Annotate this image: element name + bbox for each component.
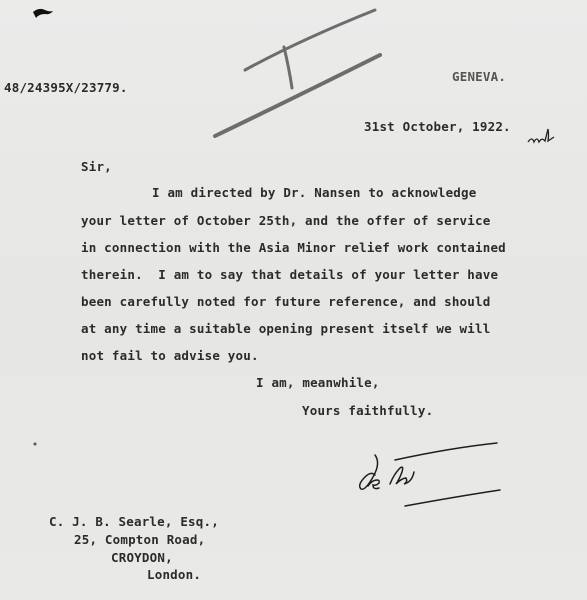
- letter-page: 48/24395X/23779. GENEVA. 31st October, 1…: [0, 0, 587, 600]
- body-line: I am directed by Dr. Nansen to acknowled…: [152, 185, 476, 200]
- reference-number: 48/24395X/23779.: [4, 80, 128, 95]
- date-initials: [528, 129, 554, 142]
- salutation: Sir,: [81, 159, 112, 174]
- recipient-town: CROYDON,: [111, 550, 173, 565]
- ink-blot: [33, 9, 53, 18]
- margin-dot: [34, 443, 37, 446]
- body-line: not fail to advise you.: [81, 348, 259, 363]
- roman-numeral-mark: [215, 10, 380, 136]
- body-line: therein. I am to say that details of you…: [81, 267, 498, 282]
- closing-line: I am, meanwhile,: [256, 375, 380, 390]
- place-line: GENEVA.: [452, 69, 506, 84]
- body-line: at any time a suitable opening present i…: [81, 321, 490, 336]
- body-line: in connection with the Asia Minor relief…: [81, 240, 506, 255]
- signature: [360, 443, 500, 506]
- recipient-city: London.: [147, 567, 201, 582]
- body-line: your letter of October 25th, and the off…: [81, 213, 490, 228]
- body-line: been carefully noted for future referenc…: [81, 294, 490, 309]
- closing-line: Yours faithfully.: [302, 403, 433, 418]
- recipient-name: C. J. B. Searle, Esq.,: [49, 514, 219, 529]
- recipient-street: 25, Compton Road,: [74, 532, 205, 547]
- date-line: 31st October, 1922.: [364, 119, 511, 134]
